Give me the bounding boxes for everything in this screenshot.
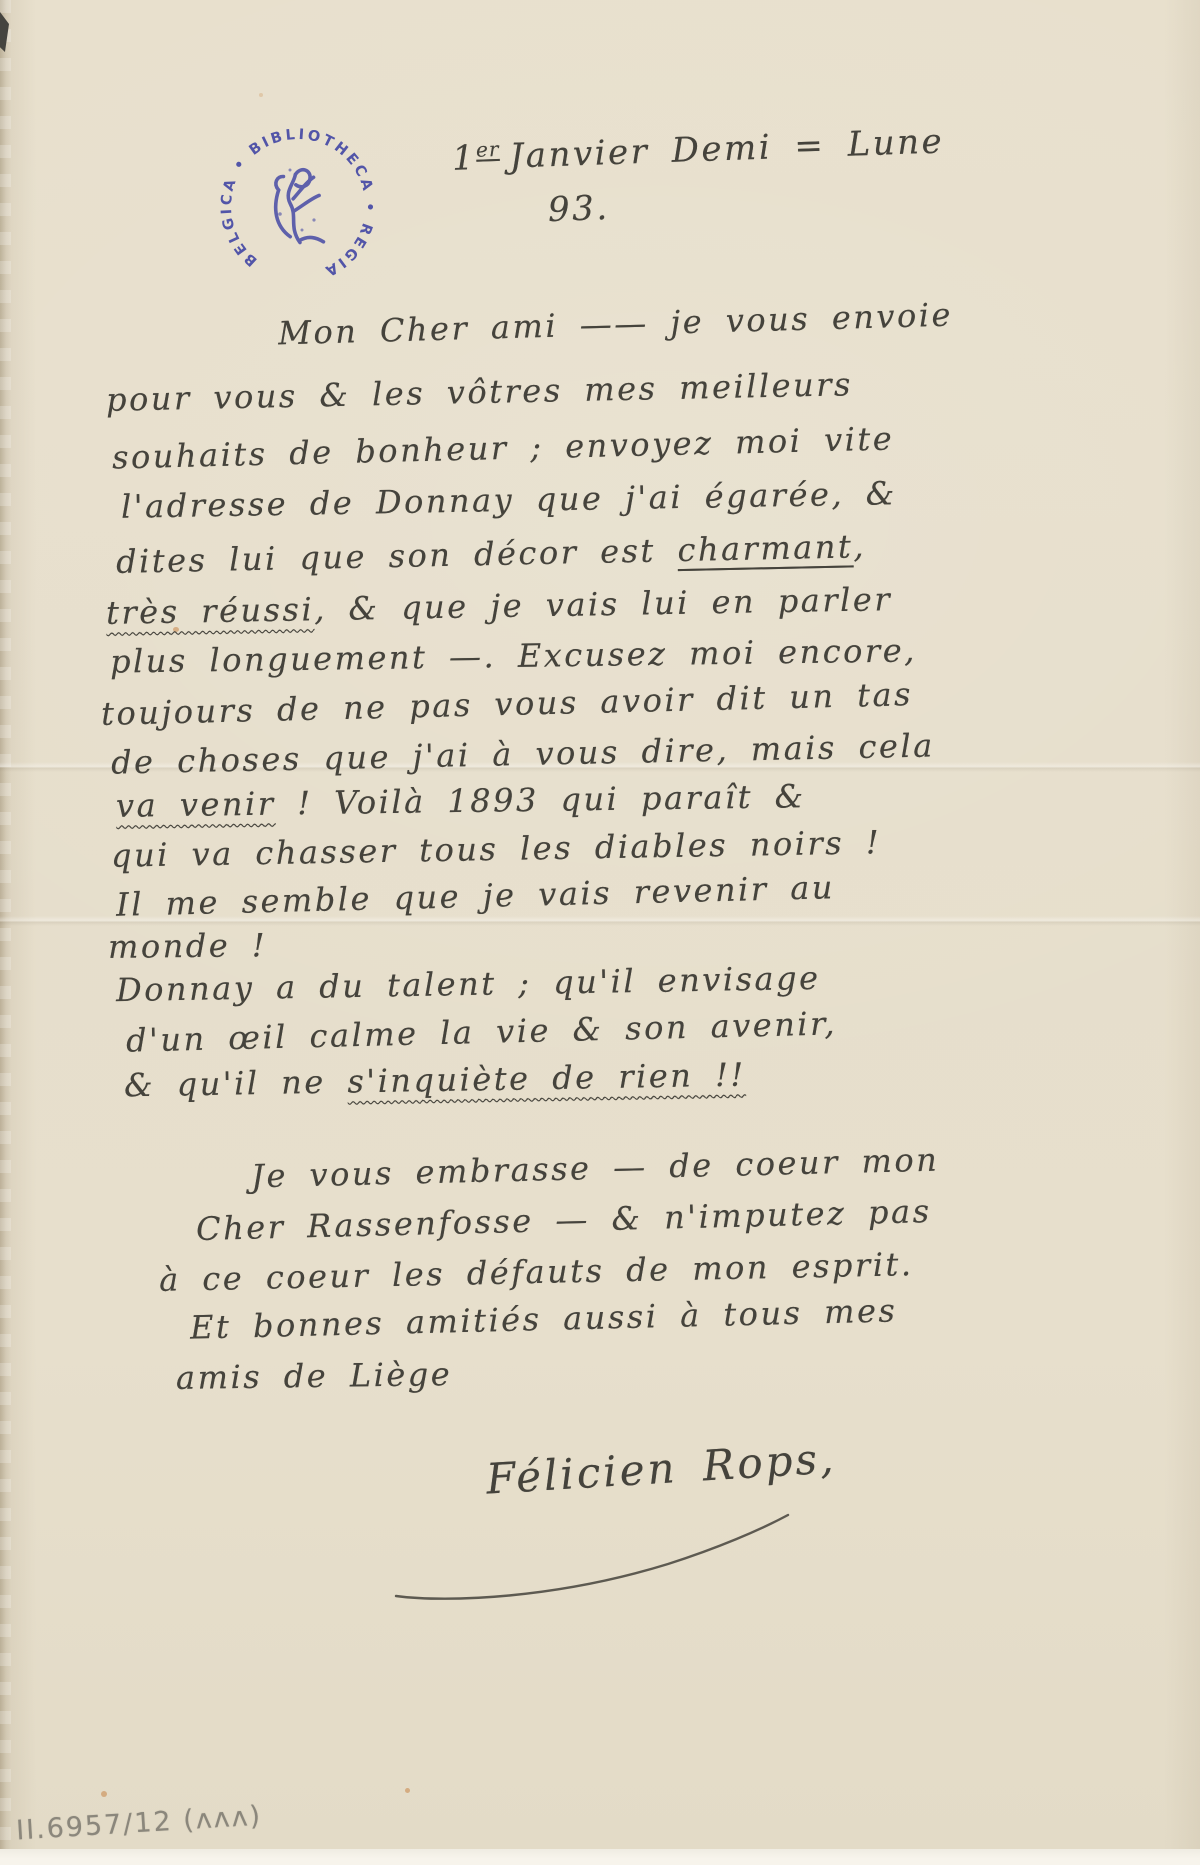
- letter-line: & qu'il ne s'inquiète de rien !!: [124, 1059, 746, 1102]
- foxing-speck: [405, 1788, 410, 1793]
- dateline-day-suffix: er: [476, 137, 500, 162]
- underlined-word: s'inquiète de rien !!: [347, 1056, 746, 1101]
- dateline-year: 93.: [547, 191, 610, 227]
- letter-line: monde !: [108, 929, 267, 963]
- underlined-word: charmant: [677, 527, 854, 569]
- dateline-day: 1: [451, 138, 477, 179]
- letter-line-text: ,: [853, 527, 866, 565]
- letter-line: va venir ! Voilà 1893 qui paraît &: [116, 780, 806, 822]
- letter-line: amis de Liège: [176, 1358, 453, 1394]
- lion-rampant-icon: [210, 118, 386, 294]
- letter-line-text: ! Voilà 1893 qui paraît &: [275, 777, 806, 822]
- underlined-word: va venir: [116, 785, 276, 825]
- scan-bed: [0, 1849, 1200, 1865]
- foxing-speck: [259, 93, 263, 97]
- foxing-speck: [101, 1791, 107, 1797]
- letter-line-text: & qu'il ne: [124, 1063, 348, 1105]
- signature-flourish: [388, 1502, 798, 1610]
- library-stamp: BELGICA • BIBLIOTHECA • REGIA: [210, 118, 386, 294]
- underlined-word: très réussi: [106, 590, 315, 632]
- letter-line-text: amis de Liège: [176, 1355, 453, 1397]
- scanned-letter-page: BELGICA • BIBLIOTHECA • REGIA 1erJanvier…: [0, 0, 1200, 1865]
- letter-line-text: monde !: [108, 926, 268, 966]
